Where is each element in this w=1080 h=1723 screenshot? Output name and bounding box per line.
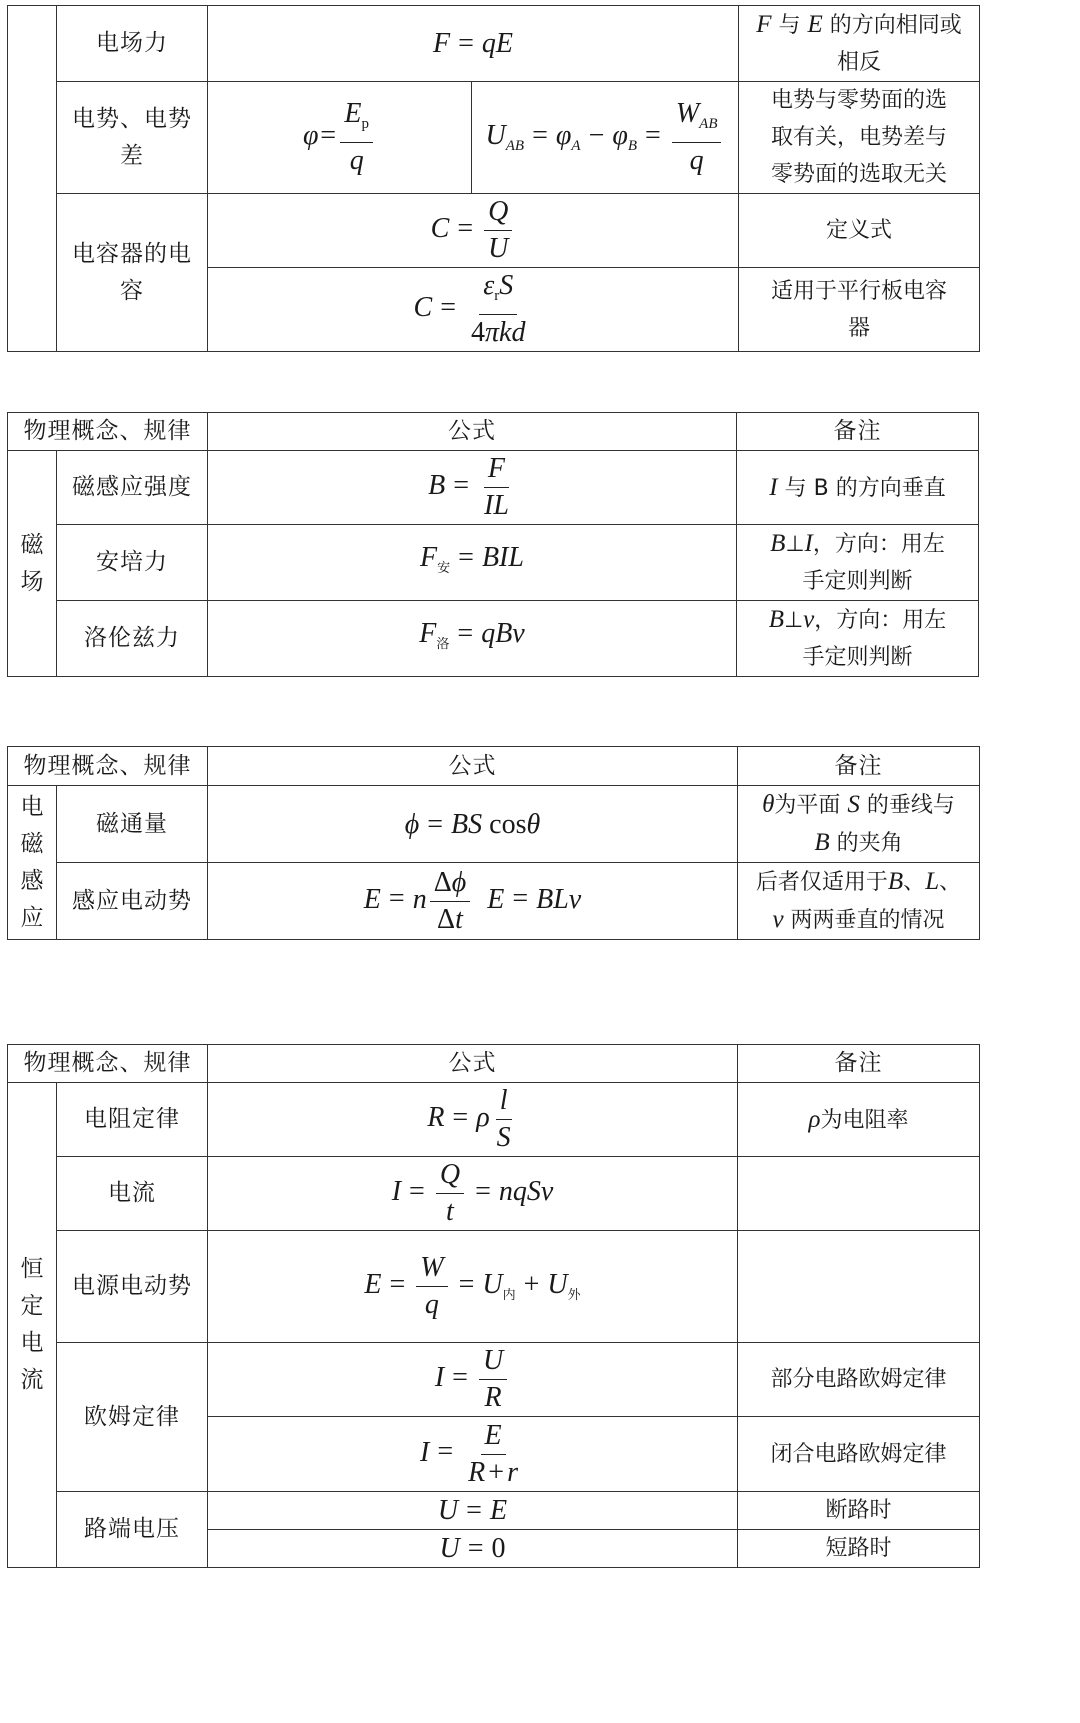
formula-cell: UAB=φA−φB=WABq: [472, 82, 739, 194]
header-note: 备注: [738, 747, 980, 786]
section-label-steady-current: 恒 定 电 流: [8, 1083, 57, 1568]
section-cell-empty: [8, 6, 57, 352]
note-text: 的夹角: [837, 831, 903, 856]
note-text: 手定则判断: [743, 639, 972, 676]
note-cell: 断路时: [738, 1492, 980, 1530]
header-formula: 公式: [208, 1045, 738, 1083]
header-note: 备注: [737, 413, 979, 451]
concept-cell: 电容器的电 容: [57, 194, 208, 352]
table-row: 电 磁 感 应 磁通量 ϕ=BS cosθ θ为平面 S 的垂线与 B 的夹角: [8, 786, 980, 863]
note-text: 的垂线与: [867, 793, 955, 818]
header-formula: 公式: [208, 747, 738, 786]
header-concept: 物理概念、规律: [8, 747, 208, 786]
table-row: 电源电动势 E=Wq=U内+U外: [8, 1231, 980, 1343]
section-char: 感: [8, 863, 56, 900]
concept-cell: 电源电动势: [57, 1231, 208, 1343]
header-formula: 公式: [208, 413, 737, 451]
table-row: 感应电动势 E=nΔϕΔt E=BLv 后者仅适用于B、L、 v 两两垂直的情况: [8, 863, 980, 940]
table-electromagnetic-induction: 物理概念、规律 公式 备注 电 磁 感 应 磁通量 ϕ=BS cosθ θ为平面…: [7, 746, 980, 940]
note-cell: B⊥v，方向：用左 手定则判断: [737, 601, 979, 677]
formula-cell: I=Qt=nqSv: [208, 1157, 738, 1231]
concept-cell: 安培力: [57, 525, 208, 601]
note-text: 两两垂直的情况: [791, 908, 945, 933]
note-text: 器: [745, 310, 973, 347]
concept-cell: 洛伦兹力: [57, 601, 208, 677]
table-header-row: 物理概念、规律 公式 备注: [8, 747, 980, 786]
note-cell: 后者仅适用于B、L、 v 两两垂直的情况: [738, 863, 980, 940]
section-char: 定: [8, 1288, 56, 1325]
header-concept: 物理概念、规律: [8, 1045, 208, 1083]
concept-text: 容: [57, 273, 207, 310]
table-row: 路端电压 U=E 断路时: [8, 1492, 980, 1530]
concept-cell: 感应电动势: [57, 863, 208, 940]
concept-cell: 电流: [57, 1157, 208, 1231]
note-cell: ρ为电阻率: [738, 1083, 980, 1157]
note-cell: [738, 1231, 980, 1343]
table-row: 安培力 F安=BIL B⊥I，方向：用左 手定则判断: [8, 525, 979, 601]
concept-text: 电容器的电: [57, 236, 207, 273]
formula-cell: ϕ=BS cosθ: [208, 786, 738, 863]
formula-cell: R=ρlS: [208, 1083, 738, 1157]
formula-cell: φ=Epq: [208, 82, 472, 194]
note-text: 为平面: [774, 793, 840, 818]
formula-cell: C=εrS4πkd: [208, 268, 739, 352]
note-text: ，方向：用左: [813, 532, 945, 557]
note-cell: [738, 1157, 980, 1231]
table-row: 电场力 F=qE F F 与 E 的方向相同或与 E 的方向相同或 相反: [8, 6, 980, 82]
note-text: 电势与零势面的选: [745, 82, 973, 119]
note-text: 相反: [745, 44, 973, 81]
table-row: 欧姆定律 I=UR 部分电路欧姆定律: [8, 1343, 980, 1417]
formula-cell: I=UR: [208, 1343, 738, 1417]
formula-cell: E=Wq=U内+U外: [208, 1231, 738, 1343]
formula-cell: B=FIL: [208, 451, 737, 525]
section-label-electromagnetic-induction: 电 磁 感 应: [8, 786, 57, 940]
table-row: 电流 I=Qt=nqSv: [8, 1157, 980, 1231]
note-cell: 定义式: [739, 194, 980, 268]
formula-cell: F洛=qBv: [208, 601, 737, 677]
note-text: 手定则判断: [743, 563, 972, 600]
table-header-row: 物理概念、规律 公式 备注: [8, 413, 979, 451]
concept-cell: 电势、电势 差: [57, 82, 208, 194]
concept-cell: 磁通量: [57, 786, 208, 863]
concept-text: 差: [57, 138, 207, 175]
formula-cell: U=E: [208, 1492, 738, 1530]
concept-text: 电势、电势: [57, 101, 207, 138]
section-char: 流: [8, 1362, 56, 1399]
concept-cell: 电阻定律: [57, 1083, 208, 1157]
section-char: 磁: [8, 826, 56, 863]
section-char: 电: [8, 1325, 56, 1362]
concept-cell: 欧姆定律: [57, 1343, 208, 1492]
note-cell: 部分电路欧姆定律: [738, 1343, 980, 1417]
table-row: 磁 场 磁感应强度 B=FIL I 与 B 的方向垂直: [8, 451, 979, 525]
header-concept: 物理概念、规律: [8, 413, 208, 451]
note-cell: 闭合电路欧姆定律: [738, 1417, 980, 1492]
note-cell: I 与 B 的方向垂直: [737, 451, 979, 525]
note-cell: 适用于平行板电容 器: [739, 268, 980, 352]
table-row: 电容器的电 容 C=QU 定义式: [8, 194, 980, 268]
concept-cell: 路端电压: [57, 1492, 208, 1568]
formula-cell: E=nΔϕΔt E=BLv: [208, 863, 738, 940]
section-char: 应: [8, 900, 56, 937]
table-row: 洛伦兹力 F洛=qBv B⊥v，方向：用左 手定则判断: [8, 601, 979, 677]
formula-cell: F=qE: [208, 6, 739, 82]
section-char: 恒: [8, 1251, 56, 1288]
note-text: ，方向：用左: [814, 608, 946, 633]
note-text: 取有关，电势差与: [745, 119, 973, 156]
formula-cell: C=QU: [208, 194, 739, 268]
concept-cell: 电场力: [57, 6, 208, 82]
note-text: 零势面的选取无关: [745, 156, 973, 193]
note-cell: B⊥I，方向：用左 手定则判断: [737, 525, 979, 601]
table-row: 电势、电势 差 φ=Epq UAB=φA−φB=WABq 电势与零势面的选 取有…: [8, 82, 980, 194]
note-text: 与 B 的方向垂直: [785, 476, 946, 501]
table-steady-current: 物理概念、规律 公式 备注 恒 定 电 流 电阻定律 R=ρlS ρ为电阻率 电…: [7, 1044, 980, 1568]
note-text: 适用于平行板电容: [745, 273, 973, 310]
note-text: 为电阻率: [820, 1108, 908, 1133]
section-label-magnetic-field: 磁 场: [8, 451, 57, 677]
formula-cell: U=0: [208, 1530, 738, 1568]
note-cell: 短路时: [738, 1530, 980, 1568]
table-row: 恒 定 电 流 电阻定律 R=ρlS ρ为电阻率: [8, 1083, 980, 1157]
note-text: 后者仅适用于: [756, 870, 888, 895]
note-cell: 电势与零势面的选 取有关，电势差与 零势面的选取无关: [739, 82, 980, 194]
concept-cell: 磁感应强度: [57, 451, 208, 525]
section-char: 电: [8, 789, 56, 826]
formula-cell: F安=BIL: [208, 525, 737, 601]
note-cell: F F 与 E 的方向相同或与 E 的方向相同或 相反: [739, 6, 980, 82]
formula-cell: I=ER+r: [208, 1417, 738, 1492]
table-electrostatics: 电场力 F=qE F F 与 E 的方向相同或与 E 的方向相同或 相反 电势、…: [7, 5, 980, 352]
note-cell: θ为平面 S 的垂线与 B 的夹角: [738, 786, 980, 863]
section-char: 场: [8, 564, 56, 601]
table-header-row: 物理概念、规律 公式 备注: [8, 1045, 980, 1083]
section-char: 磁: [8, 527, 56, 564]
header-note: 备注: [738, 1045, 980, 1083]
table-magnetic-field: 物理概念、规律 公式 备注 磁 场 磁感应强度 B=FIL I 与 B 的方向垂…: [7, 412, 979, 677]
